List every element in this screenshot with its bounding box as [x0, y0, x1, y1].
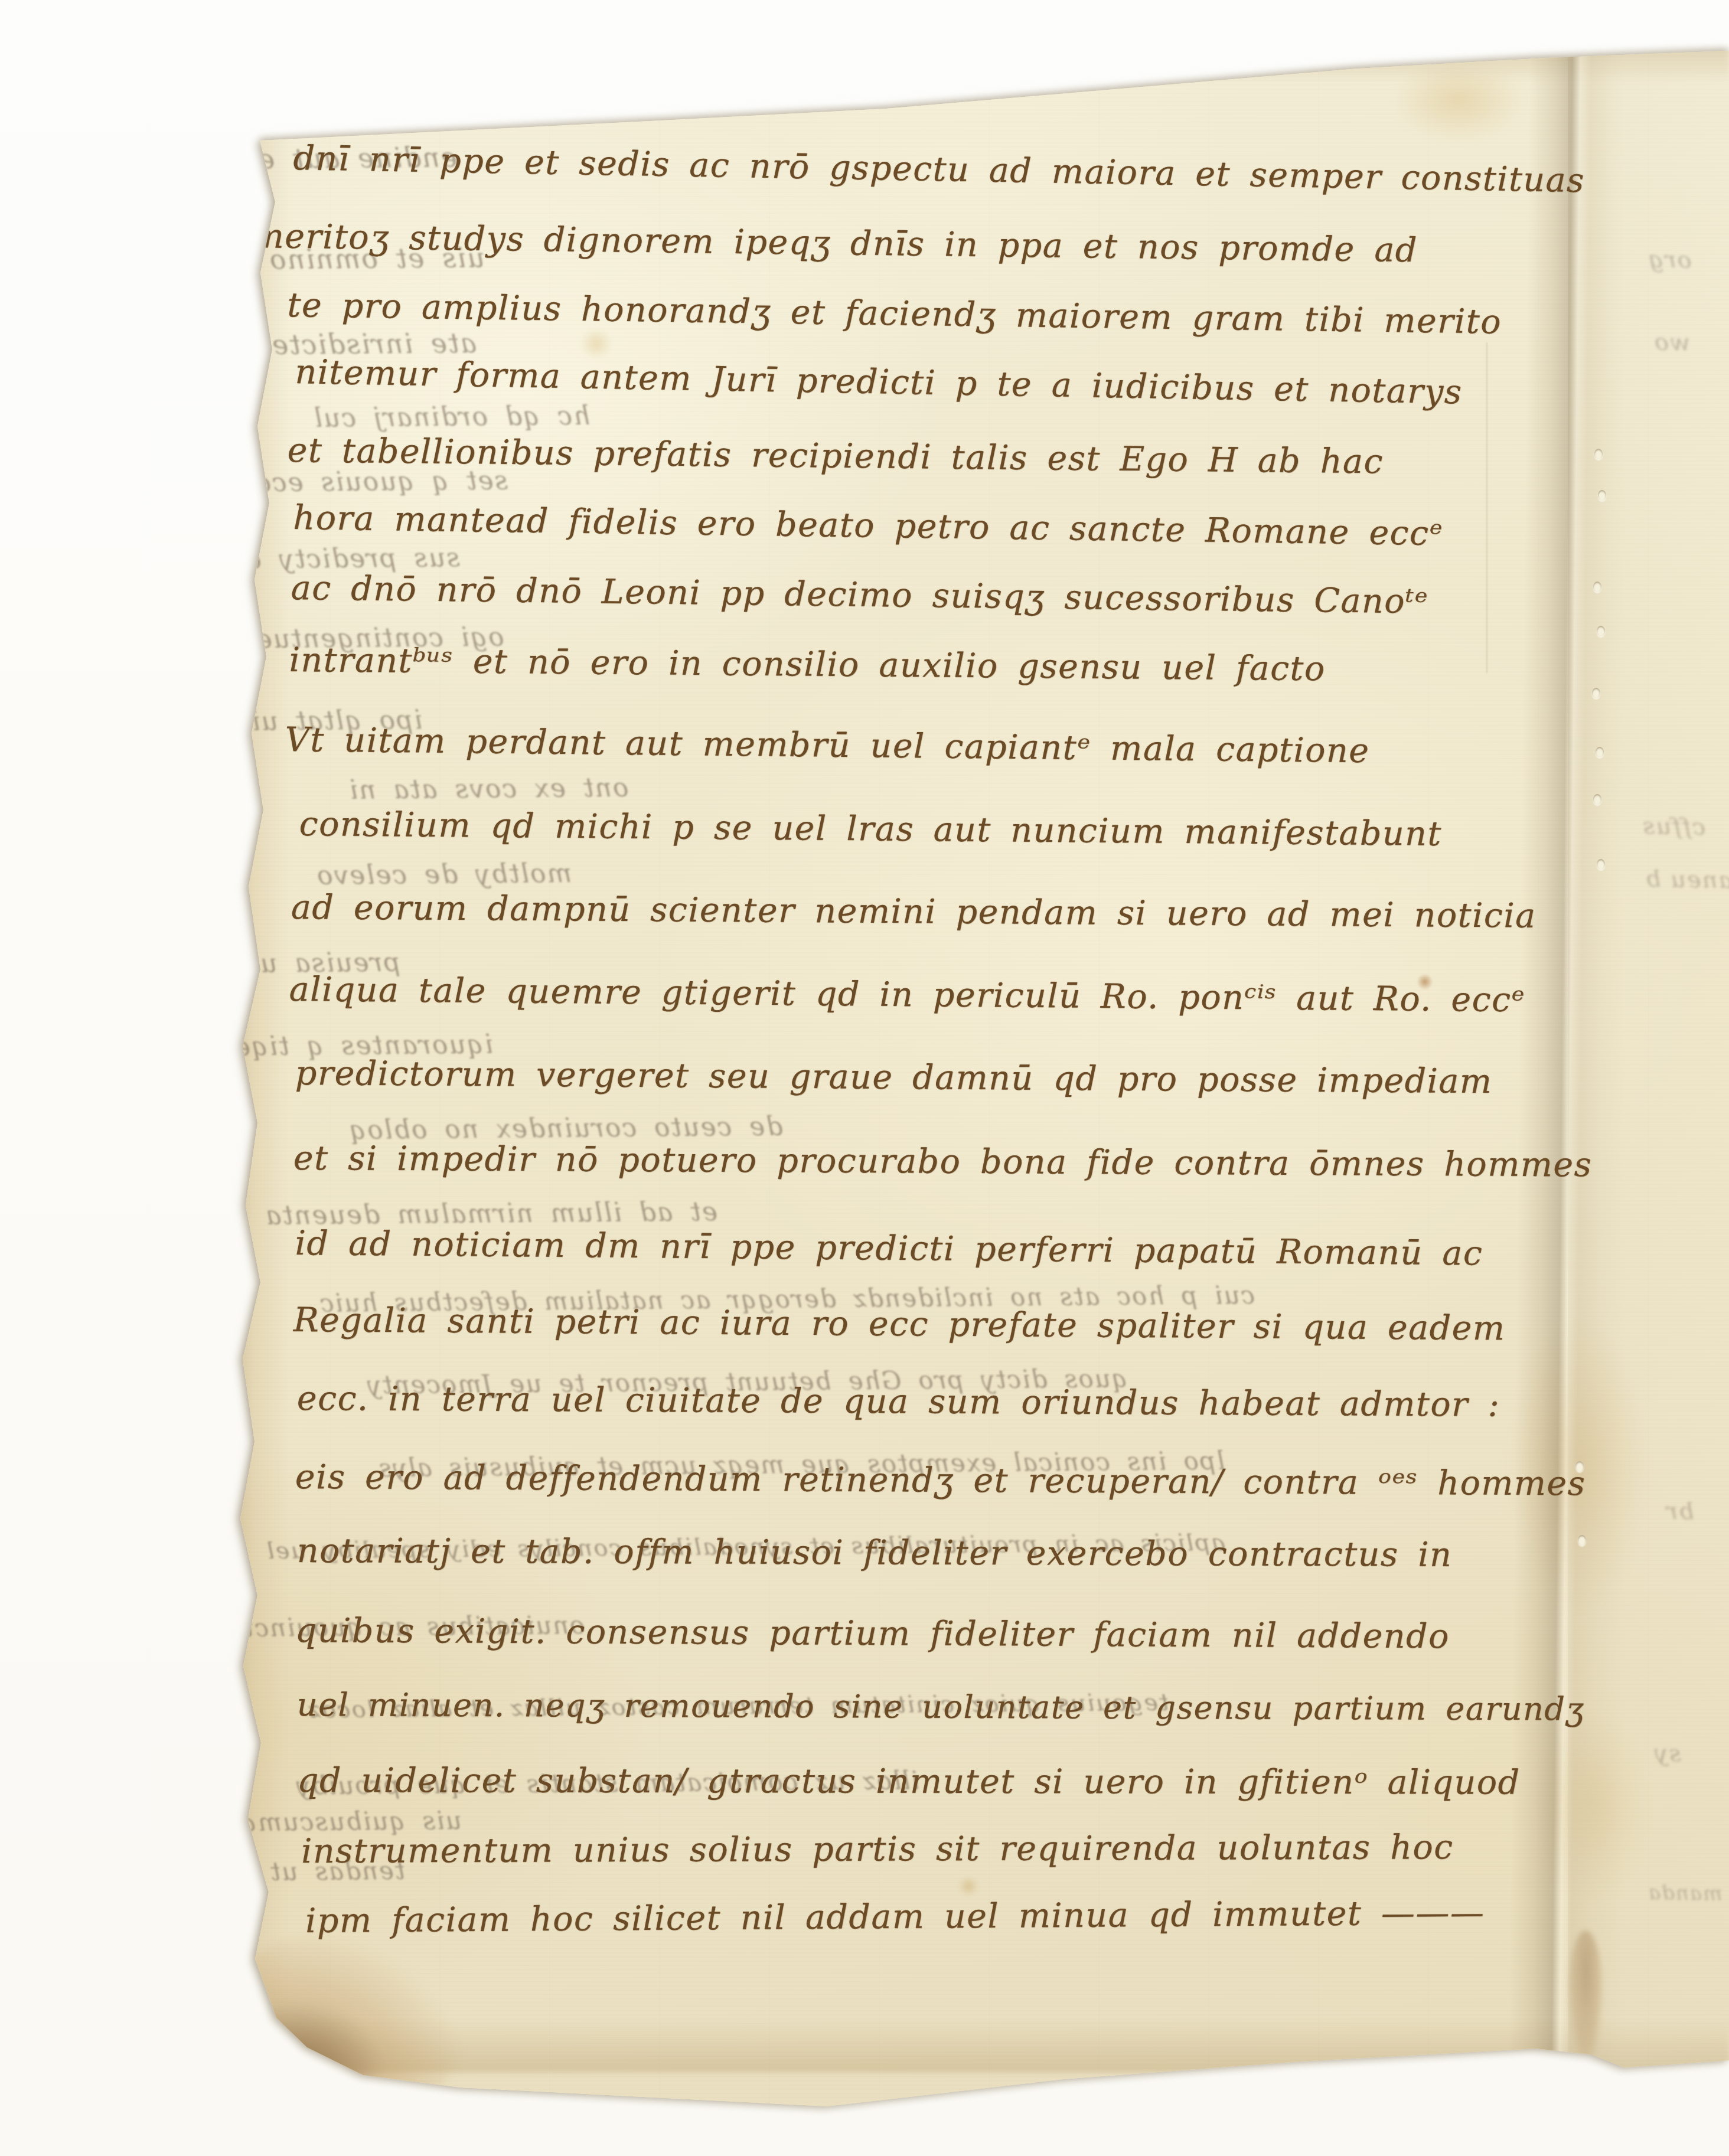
sewing-hole: [1594, 449, 1603, 459]
showthrough-fragment: cffus: [1642, 814, 1706, 839]
showthrough-line: set q quouis ecc uel: [195, 468, 508, 497]
sewing-hole: [1598, 490, 1606, 501]
text-line: consilium qd michi p se uel lras aut nun…: [299, 808, 1443, 851]
text-line: ecc. in terra uel ciuitate de qua sum or…: [297, 1382, 1500, 1422]
showthrough-fragment: br: [1665, 1500, 1694, 1524]
text-line: Regalia santi petri ac iura ro ecc prefa…: [293, 1304, 1506, 1345]
crease-hairline: [1486, 342, 1487, 673]
page-deckle-edge: [224, 106, 289, 2072]
showthrough-fragment: manda: [1648, 1883, 1723, 1904]
stain-fold-top: [1394, 59, 1524, 142]
text-line: et si impedir nō potuero procurabo bona …: [293, 1142, 1593, 1182]
text-line: instrumentum unius solius partis sit req…: [301, 1831, 1454, 1868]
text-line: quibus exigit. consensus partium fidelit…: [295, 1614, 1450, 1654]
page-bottom-edge: [254, 2019, 1729, 2072]
sewing-hole: [1593, 582, 1601, 592]
text-line: predictorum vergeret seu graue damnū qd …: [295, 1057, 1493, 1099]
sewing-hole: [1592, 688, 1600, 698]
showthrough-fragment: org: [1648, 247, 1692, 272]
showthrough-line: moltby de celevo: [316, 861, 572, 889]
sewing-hole: [1593, 794, 1601, 805]
showthrough-fragment: sy: [1653, 1742, 1682, 1766]
text-line: ipm faciam hoc silicet nil addam uel min…: [305, 1896, 1485, 1938]
sewing-hole: [1596, 747, 1604, 757]
text-line: ad eorum dampnū scienter nemini pendam s…: [291, 891, 1536, 933]
showthrough-line: hc qd ordinarj cul: [313, 403, 591, 432]
text-line: notariatj et tab. offm huiusoi fideliter…: [297, 1534, 1452, 1572]
stain-corner-dark: [230, 2001, 384, 2113]
manuscript-page: endine aut ets uis et omnino ate inrisdi…: [0, 0, 1729, 2156]
sewing-hole: [1578, 1535, 1586, 1546]
stain-spot: [579, 331, 614, 357]
scanned-manuscript: endine aut ets uis et omnino ate inrisdi…: [0, 0, 1729, 2156]
text-line: qd uidelicet substan/ gtractus inmutet s…: [297, 1764, 1521, 1800]
page-shadow: endine aut ets uis et omnino ate inrisdi…: [0, 0, 1729, 2156]
sewing-hole: [1597, 859, 1605, 870]
showthrough-fragment: wo: [1653, 330, 1691, 354]
text-line: intrantᵇᵘˢ et nō ero in consilio auxilio…: [289, 643, 1326, 686]
sewing-hole: [1597, 626, 1605, 636]
text-line: eis ero ad deffendendum retinendʒ et rec…: [295, 1461, 1586, 1501]
text-line: id ad noticiam dm nrī ppe predicti perfe…: [295, 1227, 1483, 1271]
stain-spot: [957, 1877, 980, 1895]
text-line: uel minuen. neqʒ remouendo sine uoluntat…: [297, 1689, 1585, 1726]
showthrough-fragment: aneu b: [1645, 867, 1729, 893]
showthrough-line: noy: [168, 1181, 211, 1203]
showthrough-line: ont ex covs ata ni: [348, 775, 629, 803]
showthrough-line: cus: [145, 673, 185, 695]
